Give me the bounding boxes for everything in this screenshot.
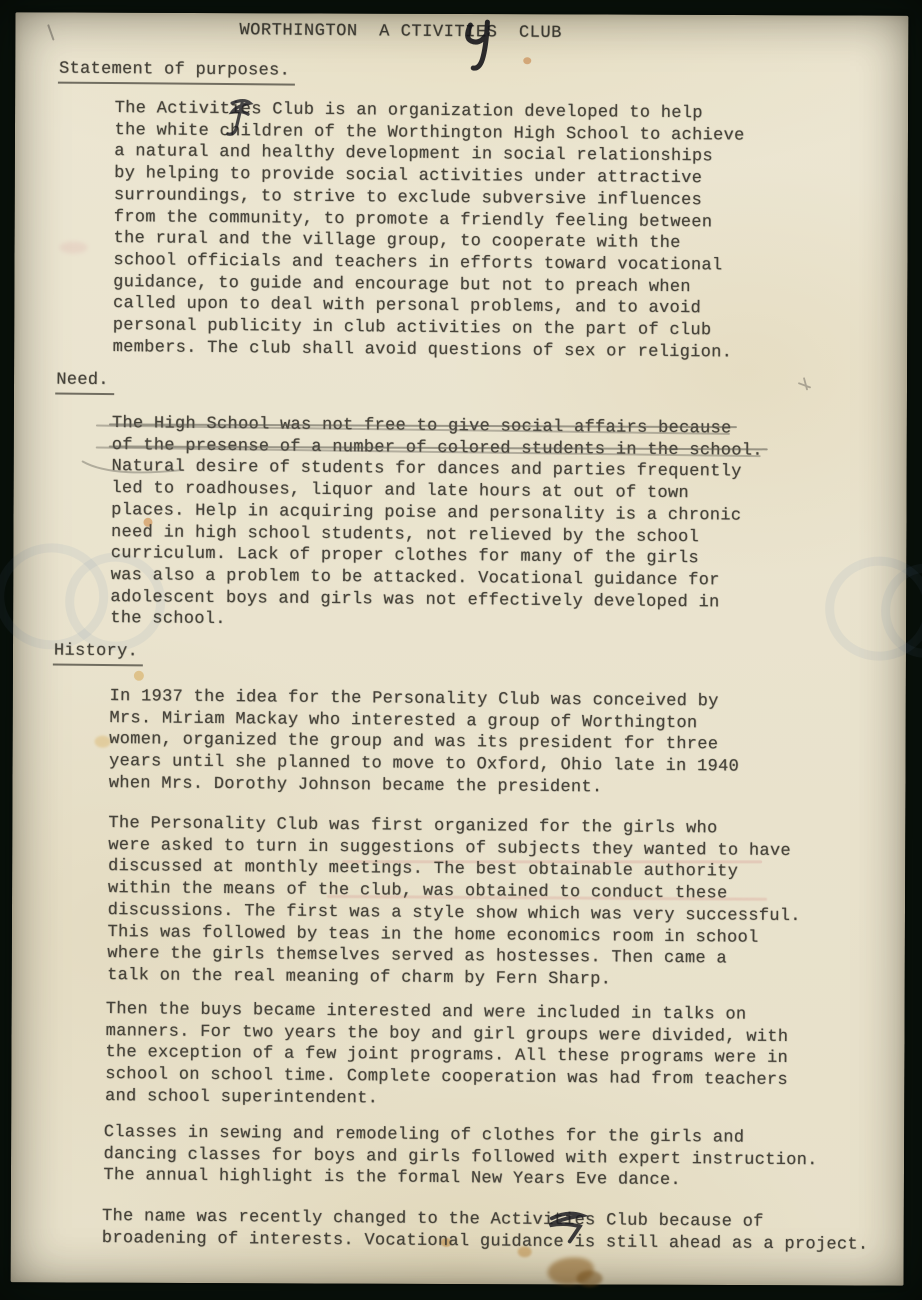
text-line: The annual highlight is the formal New Y… xyxy=(103,1165,681,1192)
paragraph-history-3: Then the buys became interested and were… xyxy=(105,999,789,1113)
text-line: members. The club shall avoid questions … xyxy=(113,337,733,364)
text-line: the school. xyxy=(110,608,226,631)
typewritten-text-layer: WORTHINGTON A CTIVITIES CLUB Statement o… xyxy=(4,12,908,1290)
paragraph-need: The High School was not free to give soc… xyxy=(110,413,763,636)
document-page: WORTHINGTON A CTIVITIES CLUB Statement o… xyxy=(11,12,909,1285)
text-line: when Mrs. Dorothy Johnson became the pre… xyxy=(109,773,603,799)
paragraph-history-1: In 1937 the idea for the Personality Clu… xyxy=(109,686,740,800)
text-line: and school superintendent. xyxy=(105,1086,378,1110)
text-line: talk on the real meaning of charm by Fer… xyxy=(107,965,611,991)
paragraph-history-5: The name was recently changed to the Act… xyxy=(102,1206,869,1256)
paragraph-history-2: The Personality Club was first organized… xyxy=(107,813,802,993)
section-heading-history: History. xyxy=(53,641,143,666)
section-heading-statement-of-purposes: Statement of purposes. xyxy=(58,59,295,86)
paragraph-purposes: The Activities Club is an organization d… xyxy=(113,98,745,364)
section-heading-need: Need. xyxy=(55,370,114,395)
document-title: WORTHINGTON A CTIVITIES CLUB xyxy=(239,20,562,45)
scanned-document-screenshot: { "colors": { "scan_background": "#0a130… xyxy=(0,0,922,1300)
paragraph-history-4: Classes in sewing and remodeling of clot… xyxy=(103,1122,818,1193)
